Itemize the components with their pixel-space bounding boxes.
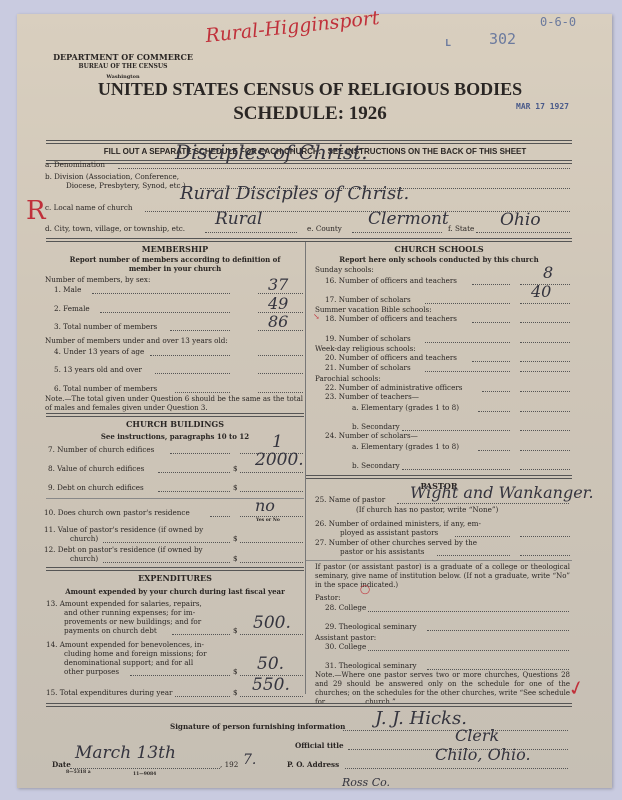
pastor-name-line <box>397 503 569 504</box>
scholars-secondary-leader <box>402 469 510 470</box>
residence-debt-field[interactable] <box>240 562 303 563</box>
pastor-college-label: 28. College <box>325 603 366 612</box>
sunday-scholars-field[interactable]: 40 <box>531 282 551 301</box>
bureau-name: BUREAU OF THE CENSUS <box>38 62 208 72</box>
assistant-ministers-label-cont: ployed as assistant pastors <box>340 528 438 537</box>
po-address-field[interactable]: Chilo, Ohio. <box>435 745 531 764</box>
form-number: 8—5318 a <box>66 770 91 775</box>
teachers-secondary-field[interactable] <box>520 430 570 431</box>
scholars-elementary-field[interactable] <box>520 450 570 451</box>
signature-label: Signature of person furnishing informati… <box>170 722 345 731</box>
members-by-sex-label: Number of members, by sex: <box>45 275 150 284</box>
under-13-leader <box>150 355 230 356</box>
assistant-ministers-field[interactable] <box>520 536 570 537</box>
summer-scholars-label: 19. Number of scholars <box>325 334 411 343</box>
owns-residence-field[interactable]: no <box>255 496 275 515</box>
summer-scholars-field[interactable] <box>520 342 570 343</box>
total-expenditures-leader <box>175 696 230 697</box>
county-field[interactable]: Clermont <box>368 209 449 229</box>
sunday-officers-label: 16. Number of officers and teachers <box>325 276 457 285</box>
total-by-age-field[interactable] <box>258 392 303 393</box>
page-title: UNITED STATES CENSUS OF RELIGIOUS BODIES <box>60 79 560 100</box>
other-churches-label-cont: pastor or his assistants <box>340 547 425 556</box>
total-by-age-label: 6. Total number of members <box>54 384 157 393</box>
assistant-college-label: 30. College <box>325 642 366 651</box>
q14-line4: other purposes <box>64 667 119 676</box>
currency-symbol: $ <box>233 464 238 473</box>
year-prefix: , 192 <box>220 760 238 769</box>
state-label: f. State <box>448 224 474 233</box>
weekday-scholars-field[interactable] <box>520 371 570 372</box>
denomination-label: a. Denomination <box>45 160 105 169</box>
over-13-label: 5. 13 years old and over <box>54 365 142 374</box>
weekday-scholars-leader <box>425 371 510 372</box>
buildings-subheading: See instructions, paragraphs 10 to 12 <box>46 432 304 441</box>
city-field[interactable]: Rural <box>215 209 262 229</box>
assistant-education-label: Assistant pastor: <box>315 633 376 642</box>
currency-symbol: $ <box>233 534 238 543</box>
summer-officers-leader <box>472 322 510 323</box>
residence-debt-label-cont: church) <box>70 554 98 563</box>
denomination-line <box>118 168 570 169</box>
male-leader <box>92 293 230 294</box>
parochial-schools-label: Parochial schools: <box>315 374 381 383</box>
graduate-note: If pastor (or assistant pastor) is a gra… <box>315 563 570 590</box>
female-label: 2. Female <box>54 304 90 313</box>
edifices-count-leader <box>170 453 230 454</box>
scholars-elementary-label: a. Elementary (grades 1 to 8) <box>352 442 459 451</box>
po-address-line <box>345 768 568 769</box>
date-field[interactable]: March 13th <box>75 743 176 763</box>
scholars-secondary-label: b. Secondary <box>352 461 400 470</box>
teachers-label: 23. Number of teachers— <box>325 392 419 401</box>
pastor-education-label: Pastor: <box>315 593 341 602</box>
weekday-officers-label: 20. Number of officers and teachers <box>325 353 457 362</box>
residence-debt-label: 12. Debt on pastor's residence (if owned… <box>44 545 203 554</box>
edifices-debt-field[interactable] <box>240 491 303 492</box>
q14-line1: 14. Amount expended for benevolences, in… <box>46 640 204 649</box>
edifices-debt-label: 9. Debt on church edifices <box>48 483 144 492</box>
total-members-label: 3. Total number of members <box>54 322 157 331</box>
weekday-officers-field[interactable] <box>520 361 570 362</box>
male-label: 1. Male <box>54 285 81 294</box>
church-schools-heading: CHURCH SCHOOLS <box>306 244 572 254</box>
total-expenditures-field[interactable]: 550. <box>252 675 290 695</box>
assistant-ministers-label: 26. Number of ordained ministers, if any… <box>315 519 481 528</box>
teachers-secondary-leader <box>402 430 510 431</box>
benevolences-field[interactable]: 50. <box>257 654 284 674</box>
admin-officers-leader <box>482 391 510 392</box>
q13-line2: and other running expenses; for im- <box>64 608 195 617</box>
page-subtitle: SCHEDULE: 1926 <box>60 103 560 125</box>
denomination-field[interactable]: Disciples of Christ. <box>175 140 368 164</box>
division-label-cont: Diocese, Presbytery, Synod, etc.) <box>66 181 186 190</box>
church-schools-subheading: Report here only schools conducted by th… <box>306 255 572 264</box>
signature-field[interactable]: J. J. Hicks. <box>375 708 467 729</box>
residence-value-leader <box>103 542 230 543</box>
state-line <box>476 232 570 233</box>
total-members-leader <box>170 330 230 331</box>
q13-line3: provements or new buildings; and for <box>64 617 201 626</box>
other-churches-label: 27. Number of other churches served by t… <box>315 538 477 547</box>
total-members-field[interactable]: 86 <box>268 312 288 331</box>
sunday-scholars-line <box>520 303 570 304</box>
weekday-schools-label: Week-day religious schools: <box>315 344 416 353</box>
summer-schools-label: Summer vacation Bible schools: <box>315 305 432 314</box>
assistant-ministers-leader <box>455 536 510 537</box>
admin-officers-field[interactable] <box>520 391 570 392</box>
scholars-secondary-field[interactable] <box>520 469 570 470</box>
running-expenses-line <box>240 634 303 635</box>
owns-residence-label: 10. Does church own pastor's residence <box>44 508 190 517</box>
identity-rule <box>46 238 572 242</box>
buildings-heading: CHURCH BUILDINGS <box>46 419 304 429</box>
q13-line4: payments on church debt <box>64 626 157 635</box>
running-expenses-field[interactable]: 500. <box>253 613 291 633</box>
teachers-elementary-leader <box>478 411 510 412</box>
residence-value-label: 11. Value of pastor's residence (if owne… <box>44 525 203 534</box>
pastor-seminary-label: 29. Theological seminary <box>325 622 417 631</box>
local-name-label: c. Local name of church <box>45 203 133 212</box>
total-expenditures-line <box>240 696 303 697</box>
official-title-field[interactable]: Clerk <box>455 726 499 745</box>
county-note: Ross Co. <box>342 776 390 789</box>
under-13-label: 4. Under 13 years of age <box>54 347 144 356</box>
stamp-number: 302 <box>489 30 516 48</box>
summer-officers-label: 18. Number of officers and teachers <box>325 314 457 323</box>
currency-symbol: $ <box>233 626 238 635</box>
stamp-mark: L <box>445 38 451 49</box>
red-circle-mark: ◯ <box>360 585 370 595</box>
edifices-value-line <box>240 472 303 473</box>
total-expenditures-label: 15. Total expenditures during year <box>46 688 172 697</box>
weekday-scholars-label-visible: 21. Number of scholars <box>325 363 411 372</box>
county-label: e. County <box>307 224 342 233</box>
currency-symbol: $ <box>233 667 238 676</box>
teachers-secondary-label: b. Secondary <box>352 422 400 431</box>
membership-heading: MEMBERSHIP <box>46 244 304 254</box>
assistant-seminary-field[interactable] <box>427 669 569 670</box>
edifices-value-field[interactable]: 2000. <box>255 450 304 470</box>
county-line <box>352 232 442 233</box>
multi-church-note: Note.—Where one pastor serves two or mor… <box>315 671 570 707</box>
summer-officers-field[interactable] <box>520 322 570 323</box>
division-label: b. Division (Association, Conference, <box>45 172 179 181</box>
residence-value-field[interactable] <box>240 542 303 543</box>
over-13-field[interactable] <box>258 373 303 374</box>
assistant-college-field[interactable] <box>368 650 569 651</box>
sunday-officers-leader <box>472 284 510 285</box>
residence-debt-leader <box>103 562 230 563</box>
membership-note: Note.—The total given under Question 6 s… <box>45 395 303 413</box>
q14-line3: denominational support; and for all <box>64 658 193 667</box>
year-field[interactable]: 7. <box>243 752 256 768</box>
other-churches-field[interactable] <box>520 555 570 556</box>
pastor-name-label: 25. Name of pastor <box>315 495 385 504</box>
local-name-field[interactable]: Rural Disciples of Christ. <box>180 183 409 204</box>
male-field[interactable]: 37 <box>268 275 288 294</box>
weekday-officers-leader <box>472 361 510 362</box>
summer-scholars-leader <box>425 342 510 343</box>
membership-rule <box>46 413 304 417</box>
currency-symbol: $ <box>233 688 238 697</box>
over-13-leader <box>155 373 230 374</box>
pastor-subrule <box>306 560 572 561</box>
q13-line1: 13. Amount expended for salaries, repair… <box>46 599 202 608</box>
residence-value-label-cont: church) <box>70 534 98 543</box>
scholars-elementary-leader <box>478 450 510 451</box>
sunday-scholars-label: 17. Number of scholars <box>325 295 411 304</box>
running-expenses-leader <box>172 634 230 635</box>
edifices-value-leader <box>158 472 230 473</box>
expenditures-subheading: Amount expended by your church during la… <box>46 587 304 596</box>
female-leader <box>100 312 230 313</box>
owns-residence-leader <box>210 516 230 517</box>
edifices-debt-leader <box>158 491 230 492</box>
footer-rule <box>46 703 572 707</box>
state-field[interactable]: Ohio <box>500 210 541 230</box>
po-address-label: P. O. Address <box>287 760 339 769</box>
total-by-age-leader <box>175 392 230 393</box>
date-line <box>70 768 220 769</box>
edifices-value-label: 8. Value of church edifices <box>48 464 144 473</box>
department-name: DEPARTMENT OF COMMERCE <box>38 52 208 62</box>
currency-symbol: $ <box>233 483 238 492</box>
edifices-count-field[interactable]: 1 <box>272 432 283 452</box>
yes-no-hint: Yes or No <box>256 518 280 523</box>
edifices-count-label: 7. Number of church edifices <box>48 445 154 454</box>
print-number: 11—9084 <box>133 772 156 777</box>
city-line <box>205 232 297 233</box>
currency-symbol: $ <box>233 554 238 563</box>
members-by-age-label: Number of members under and over 13 year… <box>45 336 228 345</box>
teachers-elementary-field[interactable] <box>520 411 570 412</box>
date-label: Date <box>52 760 71 769</box>
admin-officers-label: 22. Number of administrative officers <box>325 383 462 392</box>
q14-line2: cluding home and foreign missions; for <box>64 649 207 658</box>
pastor-name-hint: (If church has no pastor, write “None”) <box>356 505 498 514</box>
pastor-name-field[interactable]: Wight and Wankanger. <box>410 483 594 502</box>
sunday-officers-field[interactable]: 8 <box>543 263 553 282</box>
red-r-mark: R <box>26 196 46 226</box>
sunday-schools-label: Sunday schools: <box>315 265 374 274</box>
membership-subheading: Report number of members according to de… <box>60 255 290 273</box>
expenditures-heading: EXPENDITURES <box>46 573 304 583</box>
scholars-label: 24. Number of scholars— <box>325 431 418 440</box>
column-divider <box>305 242 306 694</box>
assistant-seminary-label: 31. Theological seminary <box>325 661 417 670</box>
official-title-label: Official title <box>295 741 344 750</box>
red-check-mark: ↘ <box>313 312 320 321</box>
church-schools-rule <box>306 475 572 479</box>
owns-residence-line <box>240 516 303 517</box>
teachers-elementary-label: a. Elementary (grades 1 to 8) <box>352 403 459 412</box>
female-field[interactable]: 49 <box>268 294 288 313</box>
under-13-field[interactable] <box>258 355 303 356</box>
city-label: d. City, town, village, or township, etc… <box>45 224 185 233</box>
buildings-rule <box>46 567 304 571</box>
stamp-code: 0-6-0 <box>540 15 576 29</box>
department-block: DEPARTMENT OF COMMERCE BUREAU OF THE CEN… <box>38 52 208 82</box>
other-churches-leader <box>437 555 510 556</box>
pastor-seminary-field[interactable] <box>427 630 569 631</box>
pastor-college-field[interactable] <box>368 611 569 612</box>
sunday-scholars-leader <box>425 303 510 304</box>
benevolences-leader <box>130 675 230 676</box>
